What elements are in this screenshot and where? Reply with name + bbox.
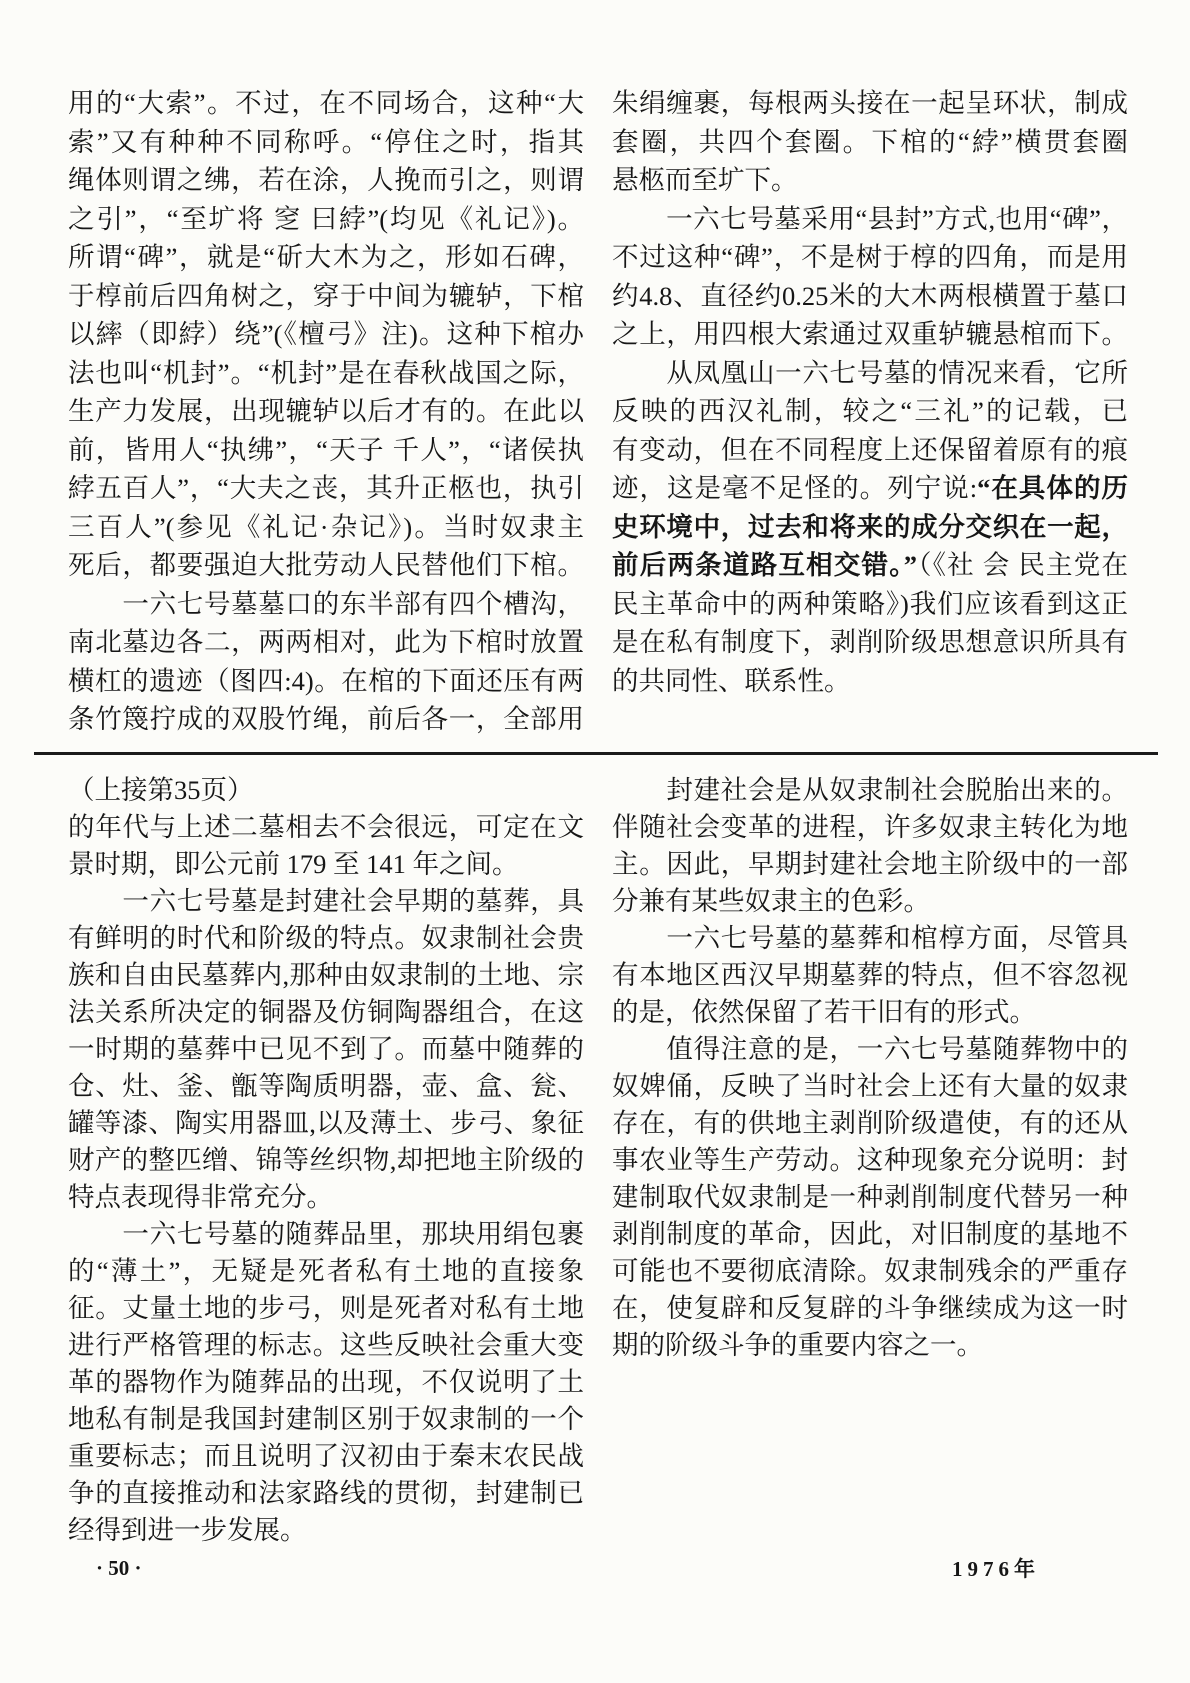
text-line: 法关系所决定的铜器及仿铜陶器组合，在这	[68, 994, 584, 1031]
text-line: 有变动，但在不同程度上还保留着原有的痕	[612, 431, 1128, 470]
text-line: 经得到进一步发展。	[68, 1512, 584, 1549]
text-line: 可能也不要彻底清除。奴隶制残余的严重存	[612, 1253, 1128, 1290]
text-line: 前后两条道路互相交错。”（《社 会 民主党在	[612, 546, 1128, 585]
text-line: 期的阶级斗争的重要内容之一。	[612, 1327, 1128, 1364]
bottom-left-column: （上接第35页）的年代与上述二墓相去不会很远，可定在文景时期，即公元前 179 …	[68, 772, 584, 1549]
year-label: 1976年	[952, 1553, 1040, 1583]
text-line: 景时期，即公元前 179 至 141 年之间。	[68, 846, 584, 883]
text-line: 綍五百人”，“大夫之丧，其升正柩也，执引者	[68, 469, 584, 508]
text-line: 建制取代奴隶制是一种剥削制度代替另一种	[612, 1179, 1128, 1216]
text-line: 不过这种“碑”，不是树于椁的四角，而是用长	[612, 238, 1128, 277]
text-line: 的年代与上述二墓相去不会很远，可定在文	[68, 809, 584, 846]
text-line: 的是，依然保留了若干旧有的形式。	[612, 994, 1128, 1031]
text-line: 封建社会是从奴隶制社会脱胎出来的。	[612, 772, 1128, 809]
text-line: 地私有制是我国封建制区别于奴隶制的一个	[68, 1401, 584, 1438]
text-line: 在，使复辟和反复辟的斗争继续成为这一时	[612, 1290, 1128, 1327]
text-line: 悬柩而至圹下。	[612, 161, 1128, 200]
bottom-section: （上接第35页）的年代与上述二墓相去不会很远，可定在文景时期，即公元前 179 …	[0, 772, 1190, 1549]
section-divider	[34, 752, 1158, 755]
text-line: 是在私有制度下，剥削阶级思想意识所具有	[612, 623, 1128, 662]
text-line: 反映的西汉礼制，较之“三礼”的记载，已	[612, 392, 1128, 431]
text-line: 仓、灶、釜、甑等陶质明器，壶、盒、瓮、	[68, 1068, 584, 1105]
text-line: 于椁前后四角树之，穿于中间为辘轳，下棺	[68, 277, 584, 316]
text-line: 财产的整匹缯、锦等丝织物,却把地主阶级的	[68, 1142, 584, 1179]
text-line: 争的直接推动和法家路线的贯彻，封建制已	[68, 1475, 584, 1512]
text-line: 值得注意的是，一六七号墓随葬物中的	[612, 1031, 1128, 1068]
text-line: 所谓“碑”，就是“斫大木为之，形如石碑，	[68, 238, 584, 277]
text-line: 三百人”(参见《礼记·杂记》)。当时奴隶主	[68, 508, 584, 547]
text-line: 事农业等生产劳动。这种现象充分说明：封	[612, 1142, 1128, 1179]
text-line: 一六七号墓是封建社会早期的墓葬，具	[68, 883, 584, 920]
text-line: 一六七号墓的墓葬和棺椁方面，尽管具	[612, 920, 1128, 957]
text-line: 一六七号墓墓口的东半部有四个槽沟，	[68, 585, 584, 624]
text-line: 前，皆用人“执绋”，“天子 千人”，“诸侯执	[68, 431, 584, 470]
text-line: 革的器物作为随葬品的出现，不仅说明了土	[68, 1364, 584, 1401]
text-line: （上接第35页）	[68, 772, 584, 809]
text-line: 有本地区西汉早期墓葬的特点，但不容忽视	[612, 957, 1128, 994]
page-number: · 50 ·	[96, 1556, 142, 1581]
text-line: 分兼有某些奴隶主的色彩。	[612, 883, 1128, 920]
text-line: 索”又有种种不同称呼。“停住之时，指其	[68, 123, 584, 162]
text-line: 的“薄土”，无疑是死者私有土地的直接象	[68, 1253, 584, 1290]
text-line: 罐等漆、陶实用器皿,以及薄土、步弓、象征	[68, 1105, 584, 1142]
text-line: 一时期的墓葬中已见不到了。而墓中随葬的	[68, 1031, 584, 1068]
top-section: 用的“大索”。不过，在不同场合，这种“大索”又有种种不同称呼。“停住之时，指其绳…	[0, 0, 1190, 739]
text-line: 迹，这是毫不足怪的。列宁说:“在具体的历	[612, 469, 1128, 508]
text-line: 之引”，“至圹将 窆 曰綍”(均见《礼记》)。	[68, 200, 584, 239]
text-line: 之上，用四根大索通过双重轳辘悬棺而下。	[612, 315, 1128, 354]
text-line: 伴随社会变革的进程，许多奴隶主转化为地	[612, 809, 1128, 846]
text-line: 用的“大索”。不过，在不同场合，这种“大	[68, 84, 584, 123]
text-line: 约4.8、直径约0.25米的大木两根横置于墓口	[612, 277, 1128, 316]
text-line: 剥削制度的革命，因此，对旧制度的基地不	[612, 1216, 1128, 1253]
text-line: 一六七号墓的随葬品里，那块用绢包裹	[68, 1216, 584, 1253]
text-line: 进行严格管理的标志。这些反映社会重大变	[68, 1327, 584, 1364]
text-line: 死后，都要强迫大批劳动人民替他们下棺。	[68, 546, 584, 585]
text-line: 套圈，共四个套圈。下棺的“綍”横贯套圈	[612, 123, 1128, 162]
text-line: 生产力发展，出现辘轳以后才有的。在此以	[68, 392, 584, 431]
document-page: 用的“大索”。不过，在不同场合，这种“大索”又有种种不同称呼。“停住之时，指其绳…	[0, 0, 1190, 1683]
text-line: 条竹篾拧成的双股竹绳，前后各一，全部用	[68, 700, 584, 739]
text-line: 从凤凰山一六七号墓的情况来看，它所	[612, 354, 1128, 393]
text-line: 横杠的遗迹（图四:4)。在棺的下面还压有两	[68, 662, 584, 701]
bottom-right-column: 封建社会是从奴隶制社会脱胎出来的。伴随社会变革的进程，许多奴隶主转化为地主。因此…	[612, 772, 1128, 1549]
text-line: 主。因此，早期封建社会地主阶级中的一部	[612, 846, 1128, 883]
text-line: 的共同性、联系性。	[612, 662, 1128, 701]
text-line: 一六七号墓采用“县封”方式,也用“碑”，	[612, 200, 1128, 239]
page-footer: · 50 · 1976年	[0, 1553, 1190, 1583]
text-line: 特点表现得非常充分。	[68, 1179, 584, 1216]
text-line: 征。丈量土地的步弓，则是死者对私有土地	[68, 1290, 584, 1327]
text-line: 朱绢缠裹，每根两头接在一起呈环状，制成	[612, 84, 1128, 123]
text-line: 存在，有的供地主剥削阶级遣使，有的还从	[612, 1105, 1128, 1142]
text-line: 史环境中，过去和将来的成分交织在一起，	[612, 508, 1128, 547]
text-line: 重要标志；而且说明了汉初由于秦末农民战	[68, 1438, 584, 1475]
text-line: 有鲜明的时代和阶级的特点。奴隶制社会贵	[68, 920, 584, 957]
text-line: 法也叫“机封”。“机封”是在春秋战国之际，	[68, 354, 584, 393]
text-line: 奴婢俑，反映了当时社会上还有大量的奴隶	[612, 1068, 1128, 1105]
text-line: 族和自由民墓葬内,那种由奴隶制的土地、宗	[68, 957, 584, 994]
text-line: 南北墓边各二，两两相对，此为下棺时放置	[68, 623, 584, 662]
text-line: 以繂（即綍）绕”(《檀弓》注)。这种下棺办	[68, 315, 584, 354]
top-left-column: 用的“大索”。不过，在不同场合，这种“大索”又有种种不同称呼。“停住之时，指其绳…	[68, 84, 584, 739]
text-line: 民主革命中的两种策略》)我们应该看到这正	[612, 585, 1128, 624]
top-right-column: 朱绢缠裹，每根两头接在一起呈环状，制成套圈，共四个套圈。下棺的“綍”横贯套圈悬柩…	[612, 84, 1128, 739]
text-line: 绳体则谓之绋，若在涂，人挽而引之，则谓	[68, 161, 584, 200]
